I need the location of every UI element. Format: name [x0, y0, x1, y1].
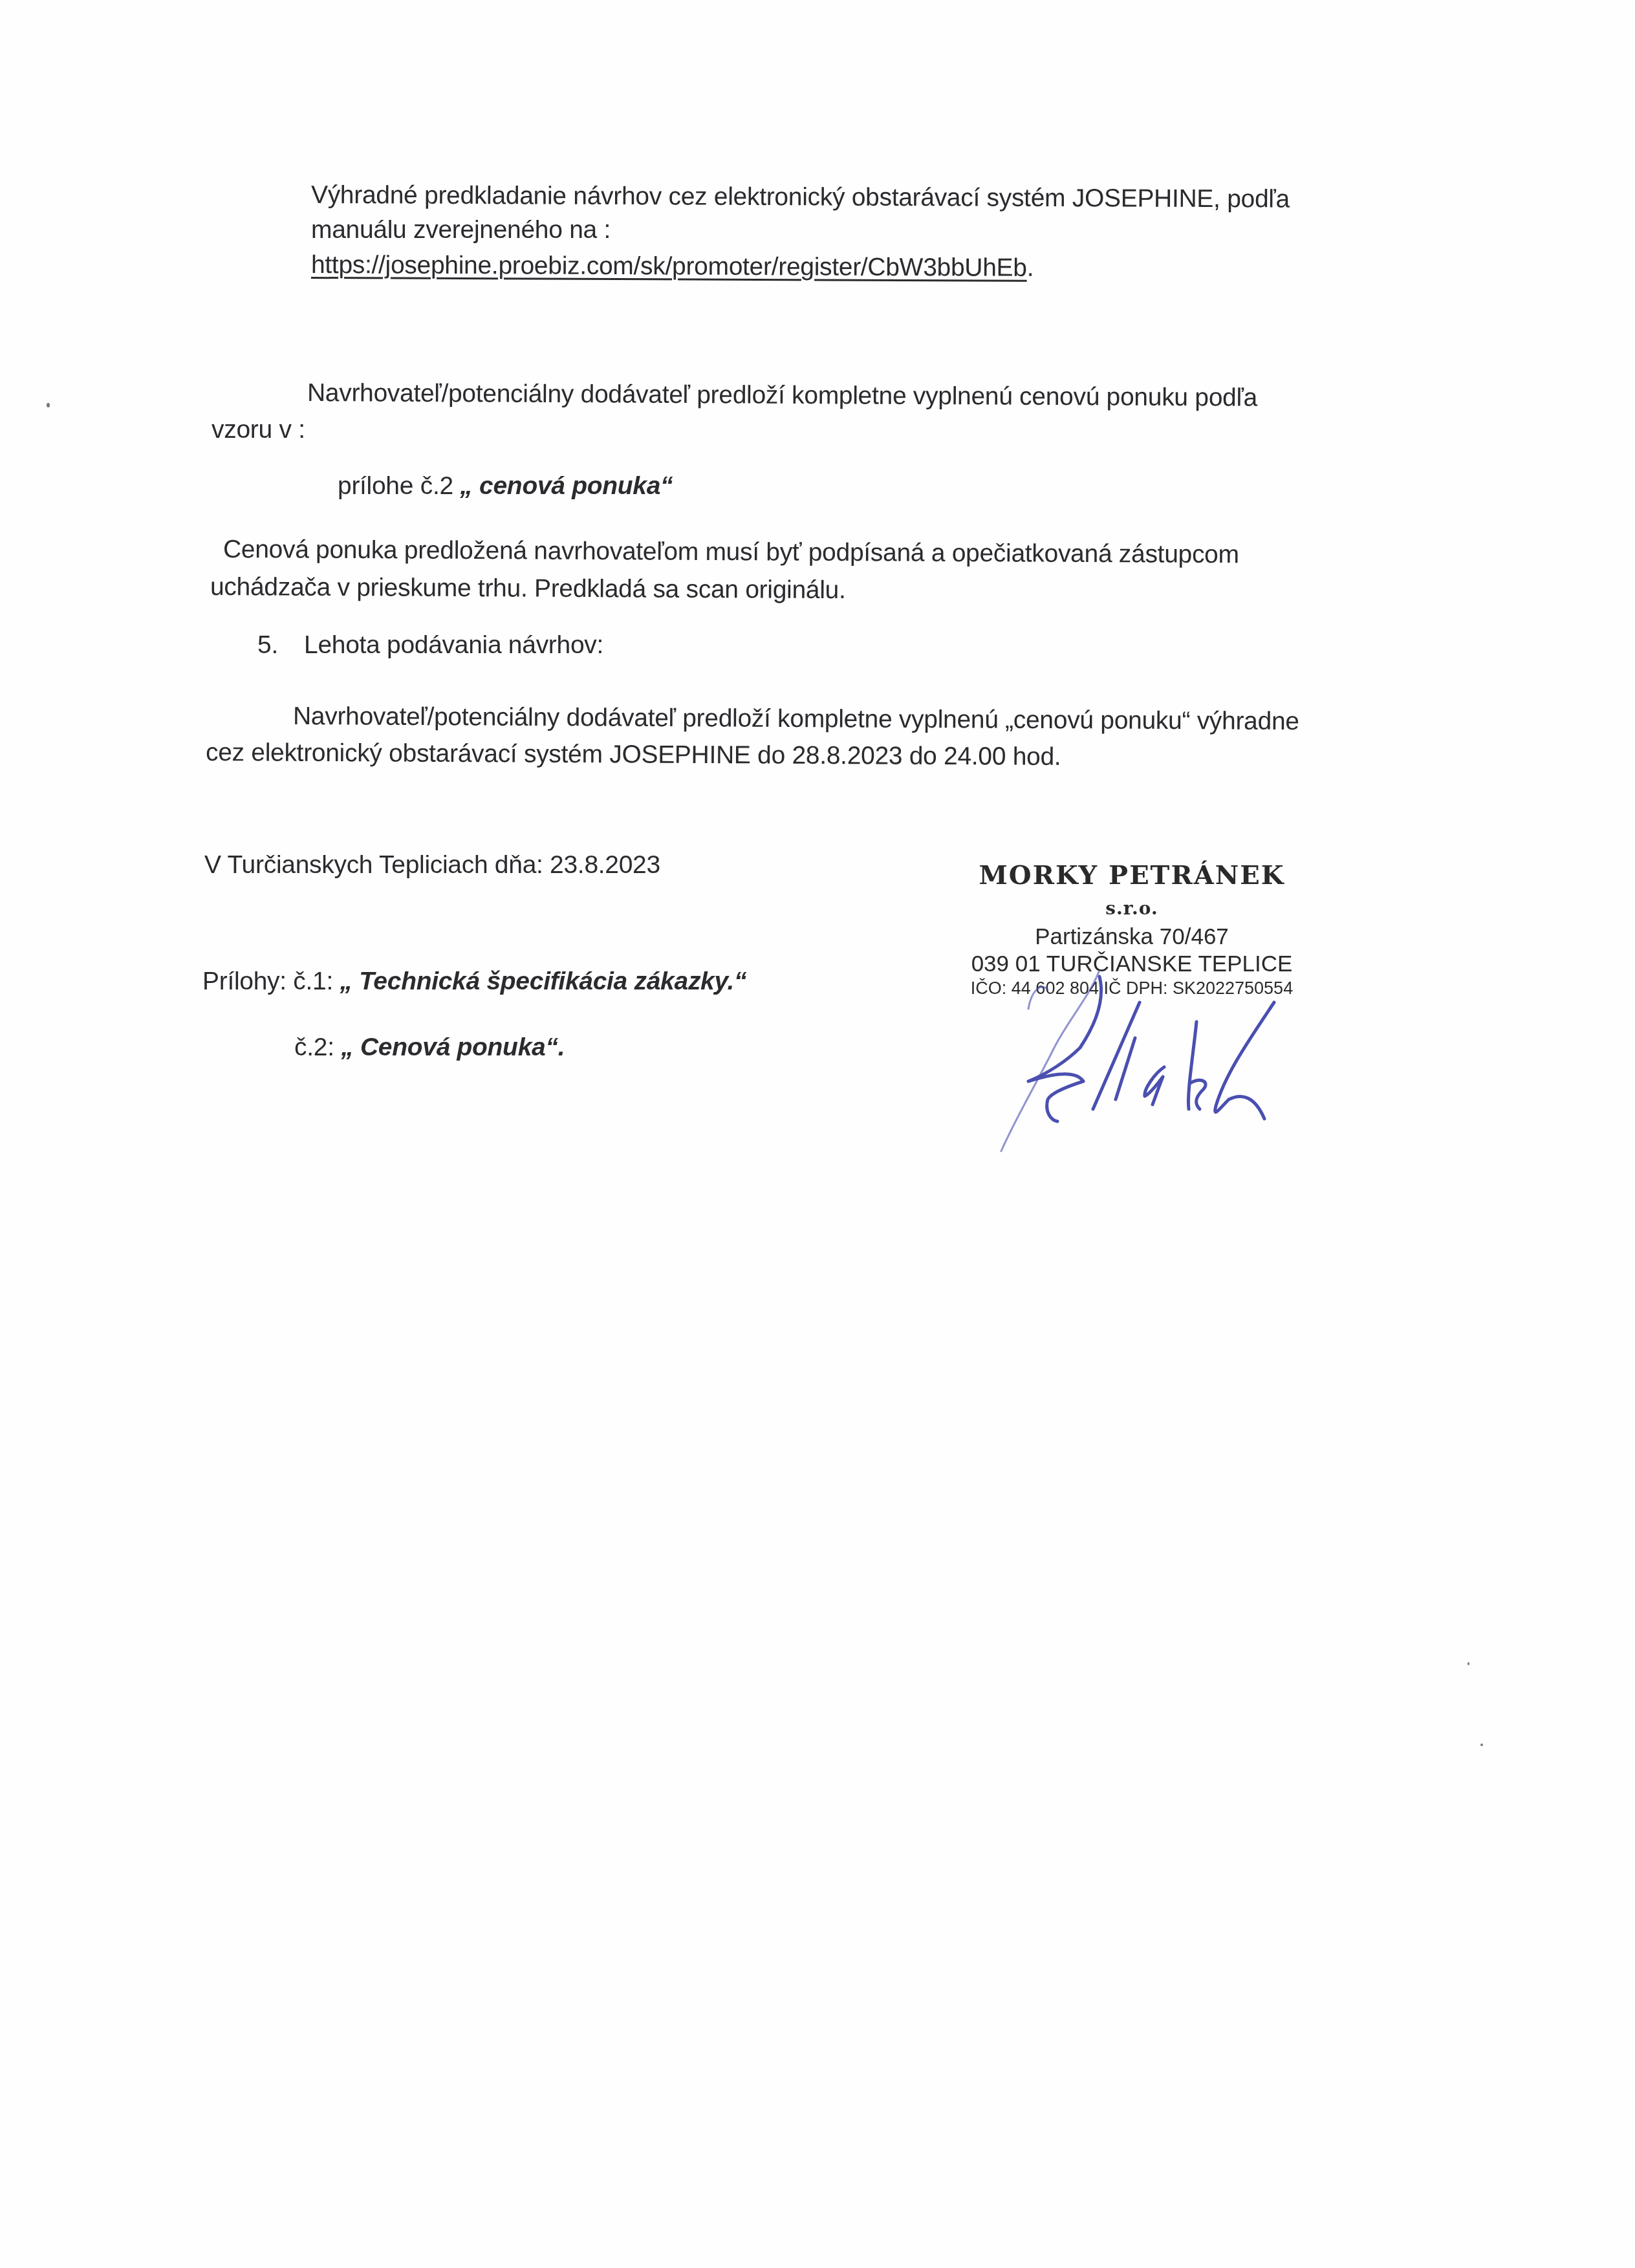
signature-requirement-line-2: uchádzača v prieskume trhu. Predkladá sa… [210, 574, 846, 603]
attachment-2-title: „ Cenová ponuka“. [341, 1033, 565, 1061]
handwritten-signature [970, 970, 1306, 1177]
intro-line-1: Výhradné predkladanie návrhov cez elektr… [311, 182, 1290, 212]
section-5-heading: 5.Lehota podávania návrhov: [257, 632, 603, 658]
place-and-date: V Turčianskych Tepliciach dňa: 23.8.2023 [204, 852, 660, 878]
intro-line-2: manuálu zverejneného na : [311, 217, 611, 243]
scan-speck [1480, 1744, 1483, 1746]
attachments-item-2: č.2: „ Cenová ponuka“. [294, 1035, 565, 1060]
section-number: 5. [257, 632, 304, 658]
offer-instruction-line-2: vzoru v : [211, 417, 305, 442]
attachment-name: „ cenová ponuka“ [460, 472, 673, 500]
attachment-prefix: prílohe č.2 [338, 472, 460, 500]
attachments-item-1: Prílohy: č.1: „ Technická špecifikácia z… [202, 969, 746, 994]
deadline-line-1: Navrhovateľ/potenciálny dodávateľ predlo… [293, 704, 1299, 734]
scan-speck [1467, 1662, 1469, 1665]
attachment-1-title: „ Technická špecifikácia zákazky.“ [340, 967, 747, 995]
offer-instruction-line-1: Navrhovateľ/potenciálny dodávateľ predlo… [307, 380, 1257, 411]
section-title: Lehota podávania návrhov: [304, 631, 603, 659]
attachment-2-number: č.2: [294, 1033, 341, 1061]
stamp-street: Partizánska 70/467 [951, 923, 1313, 951]
josephine-registration-link-row: https://josephine.proebiz.com/sk/promote… [311, 252, 1034, 281]
link-period: . [1027, 254, 1034, 282]
stamp-company-name: MORKY PETRÁNEK s.r.o. [951, 860, 1313, 921]
deadline-line-2: cez elektronický obstarávací systém JOSE… [206, 740, 1061, 770]
josephine-registration-link[interactable]: https://josephine.proebiz.com/sk/promote… [311, 251, 1027, 282]
scan-speck [47, 403, 50, 407]
signature-requirement-line-1: Cenová ponuka predložená navrhovateľom m… [223, 537, 1239, 567]
attachments-label: Prílohy: č.1: [202, 967, 340, 995]
attachment-reference: prílohe č.2 „ cenová ponuka“ [338, 473, 673, 499]
